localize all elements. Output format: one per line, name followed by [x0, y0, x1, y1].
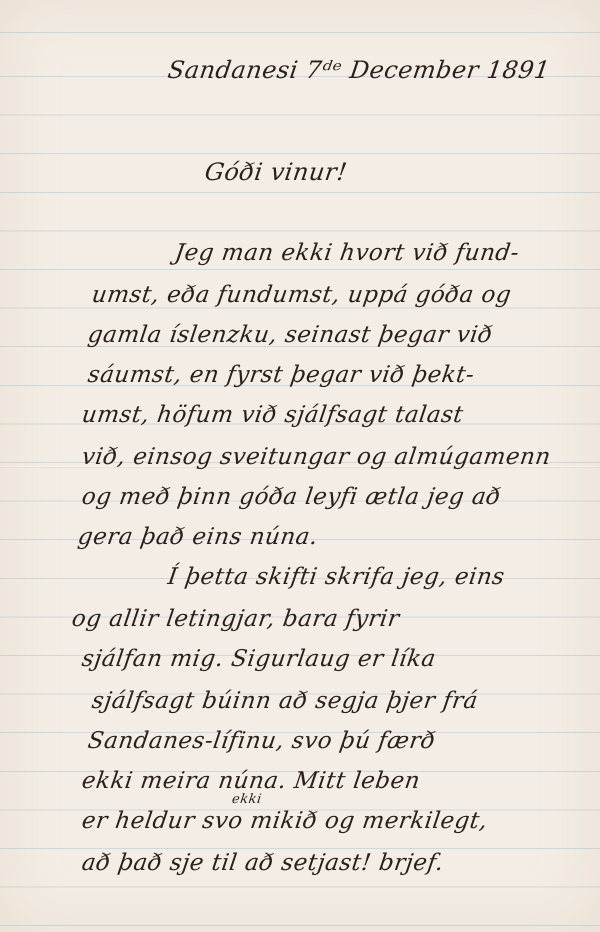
letter-line-5: umst, höfum við sjálfsagt talast: [80, 402, 465, 428]
letter-line-9: Í þetta skifti skrifa jeg, eins: [166, 564, 506, 590]
letter-line-8: gera það eins núna.: [76, 524, 319, 550]
salutation: Góði vinur!: [203, 158, 349, 186]
inserted-word: ekki: [231, 792, 263, 807]
letter-line-1: Jeg man ekki hvort við fund-: [173, 240, 521, 266]
letter-line-16: að það sje til að setjast! brjef.: [80, 850, 445, 876]
letter-line-10: og allir letingjar, bara fyrir: [70, 606, 401, 632]
letter-line-14: ekki meira núna. Mitt leben: [80, 768, 422, 794]
letter-line-15: er heldur svo mikið og merkilegt,: [80, 808, 489, 834]
letter-line-4: sáumst, en fyrst þegar við þekt-: [86, 362, 476, 388]
letter-page: Sandanesi 7ᵈᵉ December 1891 Góði vinur! …: [0, 0, 600, 932]
letter-line-13: Sandanes-lífinu, svo þú færð: [86, 728, 437, 754]
letter-line-12: sjálfsagt búinn að segja þjer frá: [90, 688, 479, 714]
letter-line-6: við, einsog sveitungar og almúgamenn: [80, 444, 552, 470]
letter-line-7: og með þinn góða leyfi ætla jeg að: [80, 484, 502, 510]
dateline: Sandanesi 7ᵈᵉ December 1891: [166, 56, 552, 84]
letter-line-3: gamla íslenzku, seinast þegar við: [86, 322, 494, 348]
letter-line-11: sjálfan mig. Sigurlaug er líka: [80, 646, 437, 672]
letter-line-2: umst, eða fundumst, uppá góða og: [90, 282, 513, 308]
